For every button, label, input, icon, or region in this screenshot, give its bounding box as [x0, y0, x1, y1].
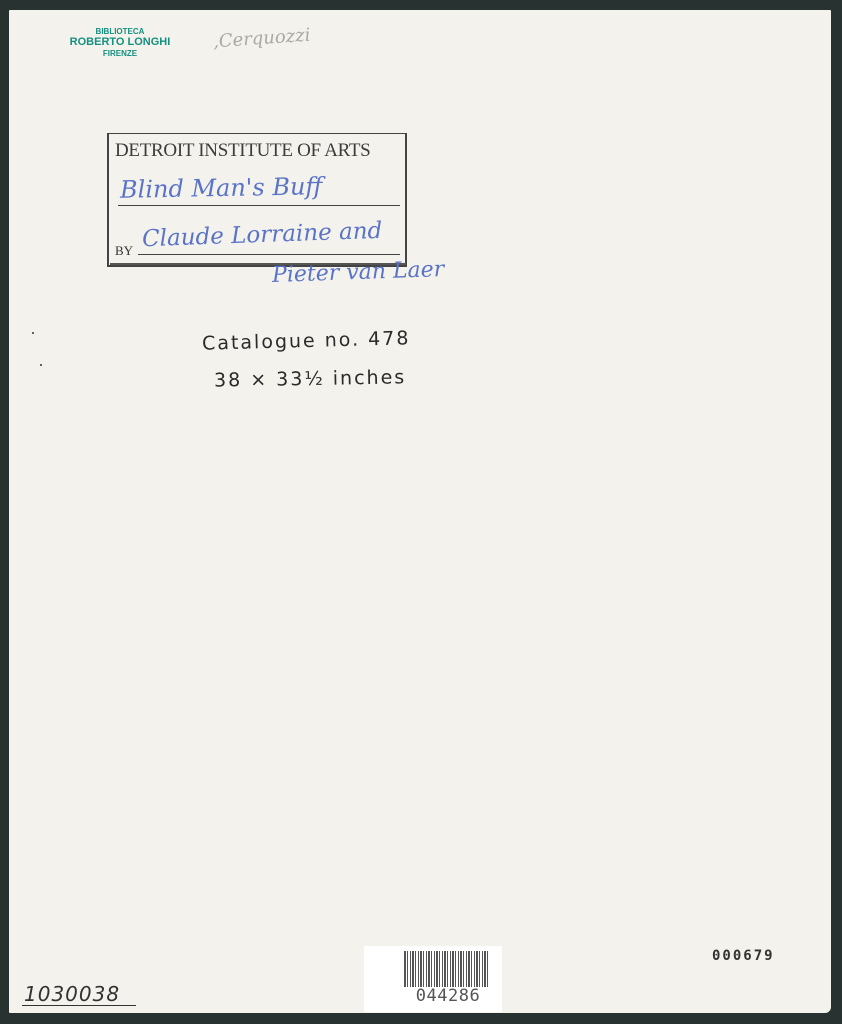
- stamp-artist-line: [138, 254, 400, 255]
- museum-stamp-institution: DETROIT INSTITUTE OF ARTS: [115, 140, 370, 162]
- stamp-by-label: BY: [115, 243, 133, 259]
- artwork-title-handwritten: Blind Man's Buff: [120, 172, 323, 204]
- speck: [40, 364, 42, 366]
- library-stamp-line1: BIBLIOTECA: [58, 27, 182, 36]
- library-stamp-line2: ROBERTO LONGHI: [58, 36, 182, 49]
- library-stamp-line3: FIRENZE: [58, 49, 182, 58]
- barcode-number: 044286: [404, 986, 492, 1006]
- barcode-bars: [404, 951, 490, 987]
- inventory-number: 1030038: [24, 982, 120, 1006]
- dimensions-note: 38 × 33½ inches: [214, 366, 407, 391]
- library-stamp: BIBLIOTECA ROBERTO LONGHI FIRENZE: [58, 27, 182, 58]
- inventory-underline: [22, 1005, 136, 1006]
- print-number: 000679: [712, 948, 775, 964]
- speck: [32, 332, 34, 334]
- stamp-title-line: [118, 205, 400, 206]
